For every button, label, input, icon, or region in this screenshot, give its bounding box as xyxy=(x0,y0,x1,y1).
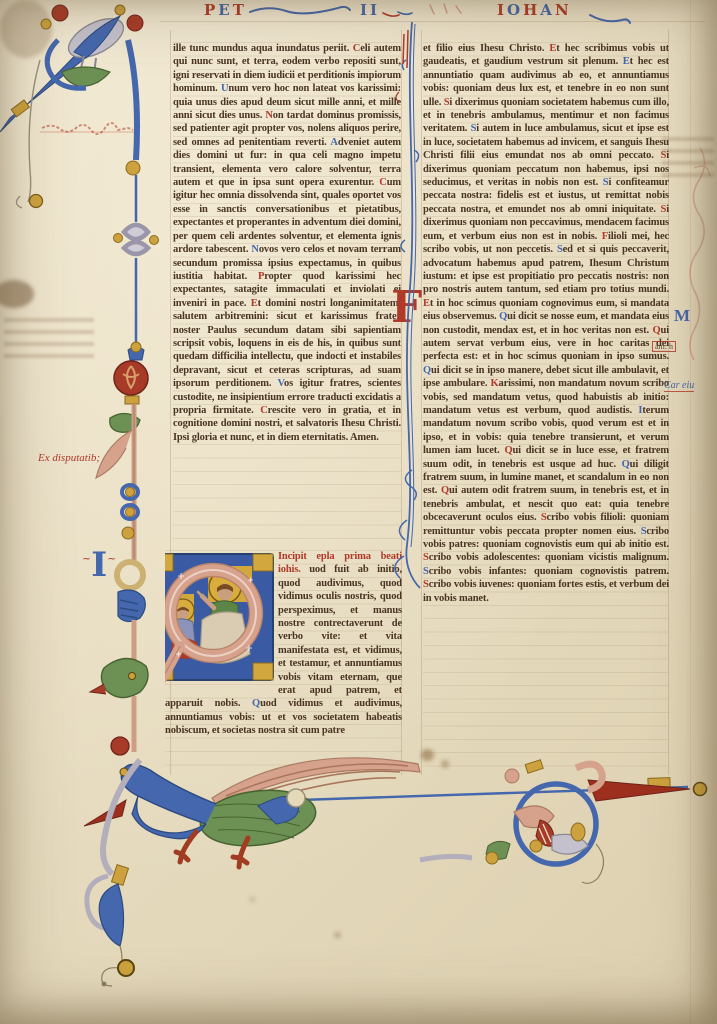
guide-flourish-left: ~ xyxy=(82,552,91,565)
header-letter: E xyxy=(218,1,232,19)
tail-scroll-flourish xyxy=(420,760,604,884)
header-letter: I xyxy=(360,1,370,19)
header-letter: N xyxy=(555,1,572,19)
guide-flourish-right: ~ xyxy=(107,552,116,565)
header-letter: O xyxy=(507,1,523,19)
stain-spot xyxy=(250,897,255,902)
bleed-through-left xyxy=(4,318,94,364)
stain-left-edge xyxy=(0,280,34,308)
header-letter: P xyxy=(204,1,218,19)
text-column-left-2peter: ille tunc mundus aqua inundatus periit. … xyxy=(173,42,401,548)
manuscript-page: PET II IOHAN ille tunc mundus aqua inund… xyxy=(0,0,717,1024)
stain-spot xyxy=(441,760,449,768)
margin-note-boxed: am: h xyxy=(652,341,676,352)
intercolumn-initial-F: F xyxy=(391,286,422,330)
header-letter: T xyxy=(233,1,247,19)
stain-spot xyxy=(334,932,341,938)
margin-note-car: Car eiu xyxy=(664,380,694,392)
header-letter: I xyxy=(370,1,380,19)
header-rule-line xyxy=(160,21,705,22)
running-header-pet: PET xyxy=(204,1,247,19)
running-header-iohan: IOHAN xyxy=(497,1,572,19)
beast-head-terminal xyxy=(90,658,148,755)
bleed-through-right xyxy=(662,137,714,179)
erased-red-inscription xyxy=(40,123,136,134)
margin-guide-letter-I: ~I~ xyxy=(82,548,116,582)
stain-corner xyxy=(0,0,52,58)
running-header-book-number: II xyxy=(360,1,380,19)
dragon-drollery xyxy=(84,758,707,867)
right-edge-flourish xyxy=(690,148,710,360)
stain-spot xyxy=(421,749,434,761)
text-column-right-1john: et filio eius Ihesu Christo. Et hec scri… xyxy=(423,42,669,769)
header-letter: I xyxy=(497,1,507,19)
text-column-left-1john: Incipit epla prima beati iohis. uod fuit… xyxy=(165,550,402,771)
bottom-left-terminal xyxy=(87,760,140,987)
historiated-initial-Q xyxy=(165,550,271,686)
margin-note-ex-disputatis: Ex disputatib; xyxy=(38,452,100,464)
margin-paraph-M: M xyxy=(674,306,690,326)
header-letter: H xyxy=(523,1,540,19)
column-rule xyxy=(421,30,422,775)
header-letter: A xyxy=(540,1,555,19)
